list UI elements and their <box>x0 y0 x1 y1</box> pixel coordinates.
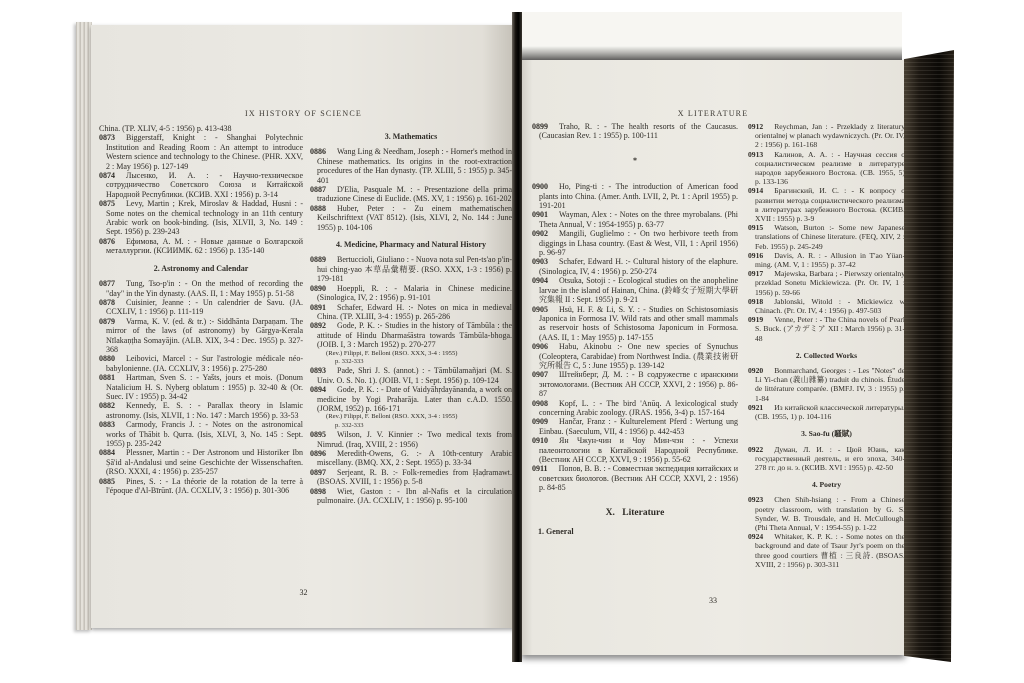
entry-text: Leibovici, Marcel : - Sur l'astrologie m… <box>106 354 303 372</box>
subsection-heading: 1. General <box>532 527 738 536</box>
entry-text: Biggerstaff, Knight : - Shanghai Polytec… <box>106 133 303 170</box>
entry-text: Habu, Akinobu :- One new species of Synu… <box>539 342 738 370</box>
entry-text: Watson, Burton :- Some new Japanese tran… <box>755 223 905 250</box>
entry-number: 0918 <box>748 297 774 306</box>
entry-number: 0908 <box>532 399 559 408</box>
entry-text: Попов, В. В. : - Совместная экспедиция к… <box>539 464 738 492</box>
bib-entry: 0906Habu, Akinobu :- One new species of … <box>532 342 738 370</box>
left-page-edges <box>76 22 92 630</box>
bib-entry: 0904Otsuka, Sotoji : - Ecological studie… <box>532 276 738 304</box>
bib-entry: 0880Leibovici, Marcel : - Sur l'astrolog… <box>99 354 303 373</box>
bib-entry: 0909Hančar, Franz : - Kulturelement Pfer… <box>532 417 738 436</box>
review-note: (Rev.) Filippi, F. Belloni (RSO. XXX, 3-… <box>310 413 512 421</box>
entry-number: 0906 <box>532 342 559 351</box>
entry-text: Majewska, Barbara ; - Pierwszy orientaln… <box>755 269 905 296</box>
entry-text: Ян Чжун-чин и Чоу Мин-чэн : - Успехи пал… <box>539 436 738 464</box>
entry-number: 0885 <box>99 477 126 486</box>
entry-number: 0907 <box>532 370 559 379</box>
bib-entry: 0905Hsü, H. F. & Li, S. Y. : - Studies o… <box>532 305 738 343</box>
entry-number: 0901 <box>532 210 559 219</box>
entry-text: Cuisinier, Jeanne : - Un calendrier de S… <box>106 298 303 316</box>
bib-entry: 0896Meredith-Owens, G. :- A 10th-century… <box>310 449 512 468</box>
entry-text: Из китайской классической литературы. (С… <box>755 403 905 421</box>
entry-text: Wayman, Alex : - Notes on the three myro… <box>539 210 738 228</box>
separator-asterisk: * <box>532 156 738 165</box>
entry-text: Ефимова, А. М. : - Новые данные о Болгар… <box>106 237 303 255</box>
entry-number: 0898 <box>310 487 337 496</box>
bib-entry: 0907Штейнберг, Д. М. : - В содружестве с… <box>532 370 738 398</box>
entry-text: Otsuka, Sotoji : - Ecological studies on… <box>539 276 738 304</box>
left-page-column-1: China. (TP. XLIV, 4-5 : 1956) p. 413-438… <box>99 124 303 495</box>
entry-number: 0883 <box>99 420 126 429</box>
entry-number: 0911 <box>532 464 559 473</box>
bib-entry: 0878Cuisinier, Jeanne : - Un calendrier … <box>99 298 303 317</box>
bib-entry: 0924Whitaker, K. P. K. : - Some notes on… <box>748 532 905 569</box>
entry-text: Whitaker, K. P. K. : - Some notes on the… <box>755 532 905 569</box>
bib-entry: 0877Tung, Tso-p'in : - On the method of … <box>99 279 303 298</box>
entry-number: 0888 <box>310 204 337 213</box>
entry-text: Carmody, Francis J. : - Notes on the ast… <box>106 420 303 448</box>
entry-text: Serjeant, R. B. :- Folk-remedies from Ḥa… <box>317 468 512 486</box>
bib-entry: 0903Schafer, Edward H. :- Cultural histo… <box>532 257 738 276</box>
entry-number: 0896 <box>310 449 337 458</box>
bib-entry: 0875Levy, Martin ; Krek, Miroslav & Hadd… <box>99 199 303 237</box>
section-heading: 4. Poetry <box>748 480 905 489</box>
section-heading: 3. Mathematics <box>310 132 512 141</box>
bib-entry: 0883Carmody, Francis J. : - Notes on the… <box>99 420 303 448</box>
entry-text: Wilson, J. V. Kinnier :- Two medical tex… <box>317 430 512 448</box>
entry-text: Davis, A. R. : - Allusion in T'ao Yüan-m… <box>755 251 905 269</box>
entry-text: Kennedy, E. S. : - Parallax theory in Is… <box>106 401 303 419</box>
section-heading: 4. Medicine, Pharmacy and Natural Histor… <box>310 240 512 249</box>
entry-number: 0884 <box>99 448 126 457</box>
entry-text: Jablonski, Witold : - Mickiewicz w China… <box>755 297 905 315</box>
entry-text: Reychman, Jan : - Przeklady z literatury… <box>755 122 905 149</box>
entry-text: Hartman, Sven S. : - Yašts, jours et moi… <box>106 373 303 401</box>
bib-entry: 0915Watson, Burton :- Some new Japanese … <box>748 223 905 251</box>
bib-entry: 0889Bertuccioli, Giuliano : - Nuova nota… <box>310 255 512 283</box>
bib-entry: 0881Hartman, Sven S. : - Yašts, jours et… <box>99 373 303 401</box>
entry-number: 0902 <box>532 229 559 238</box>
entry-number: 0909 <box>532 417 559 426</box>
bib-entry: 0893Pade, Shri J. S. (annot.) : - Tāmbūl… <box>310 366 512 385</box>
entry-text: Pines, S. : - La théorie de la rotation … <box>106 477 303 495</box>
entry-text: D'Elia, Pasquale M. : - Presentazione de… <box>317 185 512 203</box>
right-page-column-2: 0912Reychman, Jan : - Przeklady z litera… <box>748 122 905 569</box>
entry-number: 0914 <box>748 186 774 195</box>
entry-text: Лысенко, И. А. : - Научно-техническое со… <box>106 171 303 199</box>
bib-entry: 0888Huber, Peter : - Zu einem mathematis… <box>310 204 512 232</box>
entry-text: Ho, Ping-ti : - The introduction of Amer… <box>539 182 738 210</box>
entry-number: 0919 <box>748 315 774 324</box>
entry-number: 0892 <box>310 321 337 330</box>
review-note: (Rev.) Filippi, F. Belloni (RSO. XXX, 3-… <box>310 350 512 358</box>
entry-number: 0873 <box>99 133 126 142</box>
bib-entry: 0887D'Elia, Pasquale M. : - Presentazion… <box>310 185 512 204</box>
bib-entry: 0919Venne, Peter : - The China novels of… <box>748 315 905 343</box>
entry-number: 0882 <box>99 401 126 410</box>
entry-text: Hančar, Franz : - Kulturelement Pferd : … <box>539 417 738 435</box>
entry-number: 0904 <box>532 276 559 285</box>
bib-entry: 0894Gode, P. K. : - Date of Vaidyāhṛdayā… <box>310 385 512 413</box>
book-fore-edge <box>904 50 954 662</box>
entry-number: 0893 <box>310 366 337 375</box>
entry-text: Meredith-Owens, G. :- A 10th-century Ara… <box>317 449 512 467</box>
entry-text: Mangili, Guglielmo : - On two herbivore … <box>539 229 738 257</box>
bib-entry: 0895Wilson, J. V. Kinnier :- Two medical… <box>310 430 512 449</box>
bib-entry: 0921Из китайской классической литературы… <box>748 403 905 421</box>
bib-entry: 0898Wiet, Gaston : - Ibn al-Nafis et la … <box>310 487 512 506</box>
entry-number: 0910 <box>532 436 559 445</box>
review-note-pages: p. 332-333 <box>310 358 512 366</box>
bib-entry: 0920Bonmarchand, Georges : - Les "Notes"… <box>748 366 905 403</box>
entry-text: Plessner, Martin : - Der Astronom und Hi… <box>106 448 303 476</box>
entry-number: 0877 <box>99 279 126 288</box>
bib-entry: 0916Davis, A. R. : - Allusion in T'ao Yü… <box>748 251 905 269</box>
bib-entry: 0912Reychman, Jan : - Przeklady z litera… <box>748 122 905 150</box>
entry-number: 0915 <box>748 223 774 232</box>
entry-number: 0890 <box>310 284 337 293</box>
entry-text: Bertuccioli, Giuliano : - Nuova nota sul… <box>317 255 512 283</box>
entry-number: 0899 <box>532 122 559 131</box>
section-heading: 2. Collected Works <box>748 351 905 360</box>
entry-text: Bonmarchand, Georges : - Les "Notes" de … <box>755 366 905 403</box>
entry-text: Levy, Martin ; Krek, Miroslav & Haddad, … <box>106 199 303 236</box>
entry-number: 0880 <box>99 354 126 363</box>
entry-text: Wiet, Gaston : - Ibn al-Nafis et la circ… <box>317 487 512 505</box>
entry-number: 0874 <box>99 171 126 180</box>
left-page-number: 32 <box>91 588 516 597</box>
bib-entry: 0892Gode, P. K. :- Studies in the histor… <box>310 321 512 349</box>
bib-entry: 0899Traho, R. : - The health resorts of … <box>532 122 738 141</box>
entry-number: 0875 <box>99 199 126 208</box>
right-running-head: X LITERATURE <box>521 109 905 118</box>
entry-text: Huber, Peter : - Zu einem mathematischen… <box>317 204 512 232</box>
bib-entry: 0874Лысенко, И. А. : - Научно-техническо… <box>99 171 303 199</box>
bib-entry: 0890Hoeppli, R. : - Malaria in Chinese m… <box>310 284 512 303</box>
entry-number: 0894 <box>310 385 337 394</box>
entry-text: Schafer, Edward H. :- Notes on mica in m… <box>317 303 512 321</box>
entry-number: 0923 <box>748 495 774 504</box>
bib-entry: 0914Брагинский, И. С. : - К вопросу о ра… <box>748 186 905 223</box>
book-gutter <box>512 12 522 662</box>
bib-entry: 0897Serjeant, R. B. :- Folk-remedies fro… <box>310 468 512 487</box>
bib-entry: 0911Попов, В. В. : - Совместная экспедиц… <box>532 464 738 492</box>
bib-entry: 0884Plessner, Martin : - Der Astronom un… <box>99 448 303 476</box>
bib-entry: 0923Chen Shih-hsiang : - From a Chinese … <box>748 495 905 532</box>
entry-number: 0912 <box>748 122 774 131</box>
entry-number: 0889 <box>310 255 337 264</box>
entry-number: 0917 <box>748 269 774 278</box>
open-book-photo: IX HISTORY OF SCIENCE China. (TP. XLIV, … <box>0 0 1024 683</box>
bib-entry: 0908Kopf, L. : - The bird 'Anūq. A lexic… <box>532 399 738 418</box>
entry-number: 0881 <box>99 373 126 382</box>
entry-text: Калинов, А. А. : - Научная сессия о соци… <box>755 150 905 187</box>
section-heading: 3. Sao-fu (騷賦) <box>748 429 905 438</box>
entry-text: Venne, Peter : - The China novels of Pea… <box>755 315 905 342</box>
bib-entry: 0882Kennedy, E. S. : - Parallax theory i… <box>99 401 303 420</box>
entry-number: 0879 <box>99 317 126 326</box>
bib-entry: 0901Wayman, Alex : - Notes on the three … <box>532 210 738 229</box>
left-page-column-2: 3. Mathematics0886Wang Ling & Needham, J… <box>310 124 512 505</box>
bib-entry: 0879Varma, K. V. (ed. & tr.) :- Siddhānt… <box>99 317 303 355</box>
entry-number: 0916 <box>748 251 774 260</box>
entry-text: Chen Shih-hsiang : - From a Chinese poet… <box>755 495 905 532</box>
left-page: IX HISTORY OF SCIENCE China. (TP. XLIV, … <box>91 25 516 628</box>
bib-entry: 0917Majewska, Barbara ; - Pierwszy orien… <box>748 269 905 297</box>
entry-number: 0921 <box>748 403 774 412</box>
entry-text: Schafer, Edward H. :- Cultural history o… <box>539 257 738 275</box>
entry-number: 0920 <box>748 366 774 375</box>
entry-text: Думан, Л. И. : - Цюй Юань, как государст… <box>755 445 905 472</box>
entry-number: 0887 <box>310 185 337 194</box>
entry-number: 0878 <box>99 298 126 307</box>
right-page: X LITERATURE 0899Traho, R. : - The healt… <box>521 60 905 655</box>
bib-entry: 0922Думан, Л. И. : - Цюй Юань, как госуд… <box>748 445 905 473</box>
entry-number: 0903 <box>532 257 559 266</box>
bib-entry: 0900Ho, Ping-ti : - The introduction of … <box>532 182 738 210</box>
bib-entry: 0891Schafer, Edward H. :- Notes on mica … <box>310 303 512 322</box>
left-running-head: IX HISTORY OF SCIENCE <box>91 109 516 118</box>
entry-text: Hsü, H. F. & Li, S. Y. : - Studies on Sc… <box>539 305 738 342</box>
chapter-heading: X. Literature <box>532 509 738 518</box>
bib-entry: 0910Ян Чжун-чин и Чоу Мин-чэн : - Успехи… <box>532 436 738 464</box>
bib-entry: 0886Wang Ling & Needham, Joseph : - Horn… <box>310 147 512 185</box>
section-heading: 2. Astronomy and Calendar <box>99 264 303 273</box>
entry-continuation: China. (TP. XLIV, 4-5 : 1956) p. 413-438 <box>99 124 303 133</box>
entry-number: 0900 <box>532 182 559 191</box>
entry-number: 0924 <box>748 532 774 541</box>
entry-text: Traho, R. : - The health resorts of the … <box>539 122 738 140</box>
review-note-pages: p. 332-333 <box>310 422 512 430</box>
entry-text: Wang Ling & Needham, Joseph : - Horner's… <box>317 147 512 184</box>
entry-number: 0895 <box>310 430 337 439</box>
bib-entry: 0885Pines, S. : - La théorie de la rotat… <box>99 477 303 496</box>
bib-entry: 0876Ефимова, А. М. : - Новые данные о Бо… <box>99 237 303 256</box>
entry-text: Брагинский, И. С. : - К вопросу о развит… <box>755 186 905 223</box>
entry-text: Штейнберг, Д. М. : - В содружестве с ира… <box>539 370 738 398</box>
bib-entry: 0918Jablonski, Witold : - Mickiewicz w C… <box>748 297 905 315</box>
entry-number: 0886 <box>310 147 337 156</box>
entry-text: Tung, Tso-p'in : - On the method of reco… <box>106 279 303 297</box>
entry-number: 0891 <box>310 303 337 312</box>
entry-text: Pade, Shri J. S. (annot.) : - Tāmbūlamañ… <box>317 366 512 384</box>
entry-number: 0922 <box>748 445 774 454</box>
entry-number: 0905 <box>532 305 559 314</box>
entry-text: Gode, P. K. :- Studies in the history of… <box>317 321 512 349</box>
entry-text: Varma, K. V. (ed. & tr.) :- Siddhānta Da… <box>106 317 303 354</box>
right-page-number: 33 <box>521 596 905 605</box>
entry-text: Kopf, L. : - The bird 'Anūq. A lexicolog… <box>539 399 738 417</box>
page-top-shadow <box>521 46 902 60</box>
entry-number: 0876 <box>99 237 126 246</box>
entry-text: Gode, P. K. : - Date of Vaidyāhṛdayānand… <box>317 385 512 413</box>
bib-entry: 0902Mangili, Guglielmo : - On two herbiv… <box>532 229 738 257</box>
entry-number: 0897 <box>310 468 337 477</box>
entry-text: Hoeppli, R. : - Malaria in Chinese medic… <box>317 284 512 302</box>
right-page-column-1: 0899Traho, R. : - The health resorts of … <box>532 122 738 540</box>
entry-number: 0913 <box>748 150 774 159</box>
bib-entry: 0873Biggerstaff, Knight : - Shanghai Pol… <box>99 133 303 171</box>
bib-entry: 0913Калинов, А. А. : - Научная сессия о … <box>748 150 905 187</box>
